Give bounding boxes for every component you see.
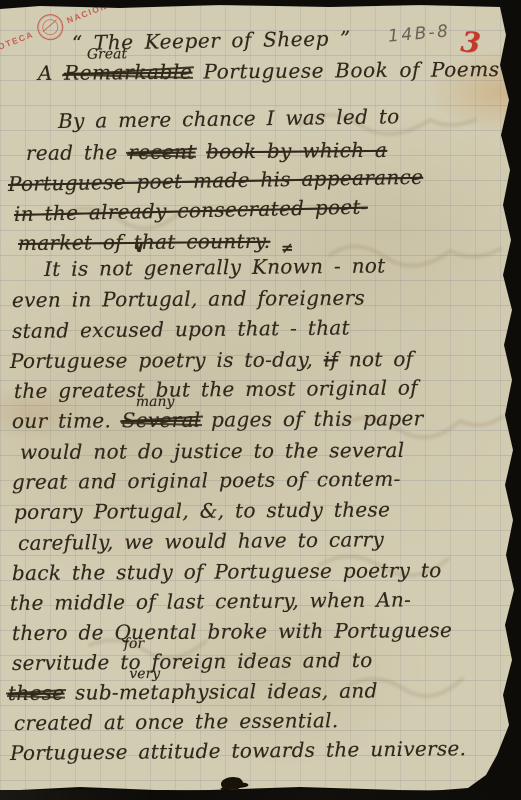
manuscript-line: stand excused upon that - that <box>12 315 350 343</box>
manuscript-line: carefully, we would have to carry <box>18 527 384 555</box>
manuscript-line: the middle of last century, when An- <box>10 587 411 614</box>
handwritten-text: not of <box>338 347 413 371</box>
struck-text: Severalmany <box>122 408 201 433</box>
struck-text: recent <box>128 140 195 165</box>
manuscript-line: back the study of Portuguese poetry to <box>12 558 442 585</box>
manuscript-line: the greatest but the most original of <box>14 375 418 403</box>
handwritten-text: our time. <box>12 408 122 433</box>
handwritten-text: foreign ideas and to <box>141 648 373 674</box>
handwritten-text: servitude <box>12 650 120 675</box>
handwritten-text: sub-metaphysical ideas, andvery <box>75 678 378 704</box>
handwritten-text: Portuguese poetry is to-day, <box>10 347 324 373</box>
handwritten-text: Portuguese attitude towards the universe… <box>10 736 467 765</box>
manuscript-page: BIBLIOTECA NACIONAL 14B-8 3 “ The Keeper… <box>0 5 521 791</box>
handwritten-text: Portuguese Book of Poems <box>192 57 500 84</box>
manuscript-line: servitude tofor foreign ideas and to <box>12 648 373 675</box>
handwritten-text: carefully, we would have to carry <box>18 527 384 555</box>
folio-number: 3 <box>459 25 482 60</box>
handwritten-text: thero de Quental broke with Portuguese <box>12 618 452 645</box>
manuscript-line: It is not generally Known - not <box>44 253 386 281</box>
manuscript-scan: { "archive": { "stamp_left": "BIBLIOTECA… <box>0 0 521 800</box>
manuscript-line: Portuguese poetry is to-day, if not of <box>10 347 413 373</box>
struck-text: book by which a <box>206 138 387 164</box>
handwritten-text: great and original poets of contem- <box>12 467 401 494</box>
manuscript-line: would not do justice to the several <box>20 438 405 464</box>
manuscript-line: read the recent book by which a <box>26 138 387 165</box>
handwritten-text: read the <box>26 140 129 165</box>
handwritten-text: even in Portugal, and foreigners <box>12 286 365 312</box>
manuscript-line: these sub-metaphysical ideas, andvery <box>8 678 378 705</box>
manuscript-line: great and original poets of contem- <box>12 467 401 494</box>
handwritten-text: stand excused upon that - that <box>12 315 350 343</box>
handwritten-text: pages of this paper <box>200 406 423 432</box>
handwritten-text: porary Portugal, &, to study these <box>14 497 390 524</box>
manuscript-line: porary Portugal, &, to study these <box>14 497 390 524</box>
handwritten-text: would not do justice to the several <box>20 438 405 464</box>
inserted-word: Great <box>87 46 127 62</box>
struck-text: these <box>8 681 65 705</box>
handwritten-text: It is not generally Known - not <box>44 253 386 281</box>
handwritten-text: created at once the essential. <box>14 708 339 735</box>
scan-bottom-edge <box>0 790 521 800</box>
manuscript-line: Portuguese attitude towards the universe… <box>10 736 467 765</box>
manuscript-line: By a mere chance I was led to <box>58 104 400 133</box>
handwritten-text: back the study of Portuguese poetry to <box>12 558 442 585</box>
manuscript-line: created at once the essential. <box>14 708 339 735</box>
manuscript-line: our time. Severalmany pages of this pape… <box>12 406 424 433</box>
inserted-word: many <box>136 394 175 410</box>
manuscript-line: even in Portugal, and foreigners <box>12 286 365 312</box>
inserted-word: for <box>124 636 144 652</box>
handwritten-text: ∨ <box>133 238 145 256</box>
manuscript-line: A RemarkableGreat Portuguese Book of Poe… <box>38 57 500 85</box>
handwritten-text <box>64 681 75 705</box>
handwritten-text: By a mere chance I was led to <box>58 104 400 133</box>
inserted-word: very <box>129 666 160 682</box>
handwritten-text <box>195 139 206 163</box>
manuscript-line: ∨ <box>133 238 145 256</box>
struck-text: if <box>324 347 339 371</box>
handwritten-text: A <box>38 61 64 85</box>
handwritten-text: the middle of last century, when An- <box>10 587 411 614</box>
manuscript-line: thero de Quental broke with Portuguese <box>12 618 452 645</box>
handwritten-text: the greatest but the most original of <box>14 375 418 403</box>
struck-text: RemarkableGreat <box>64 60 193 85</box>
